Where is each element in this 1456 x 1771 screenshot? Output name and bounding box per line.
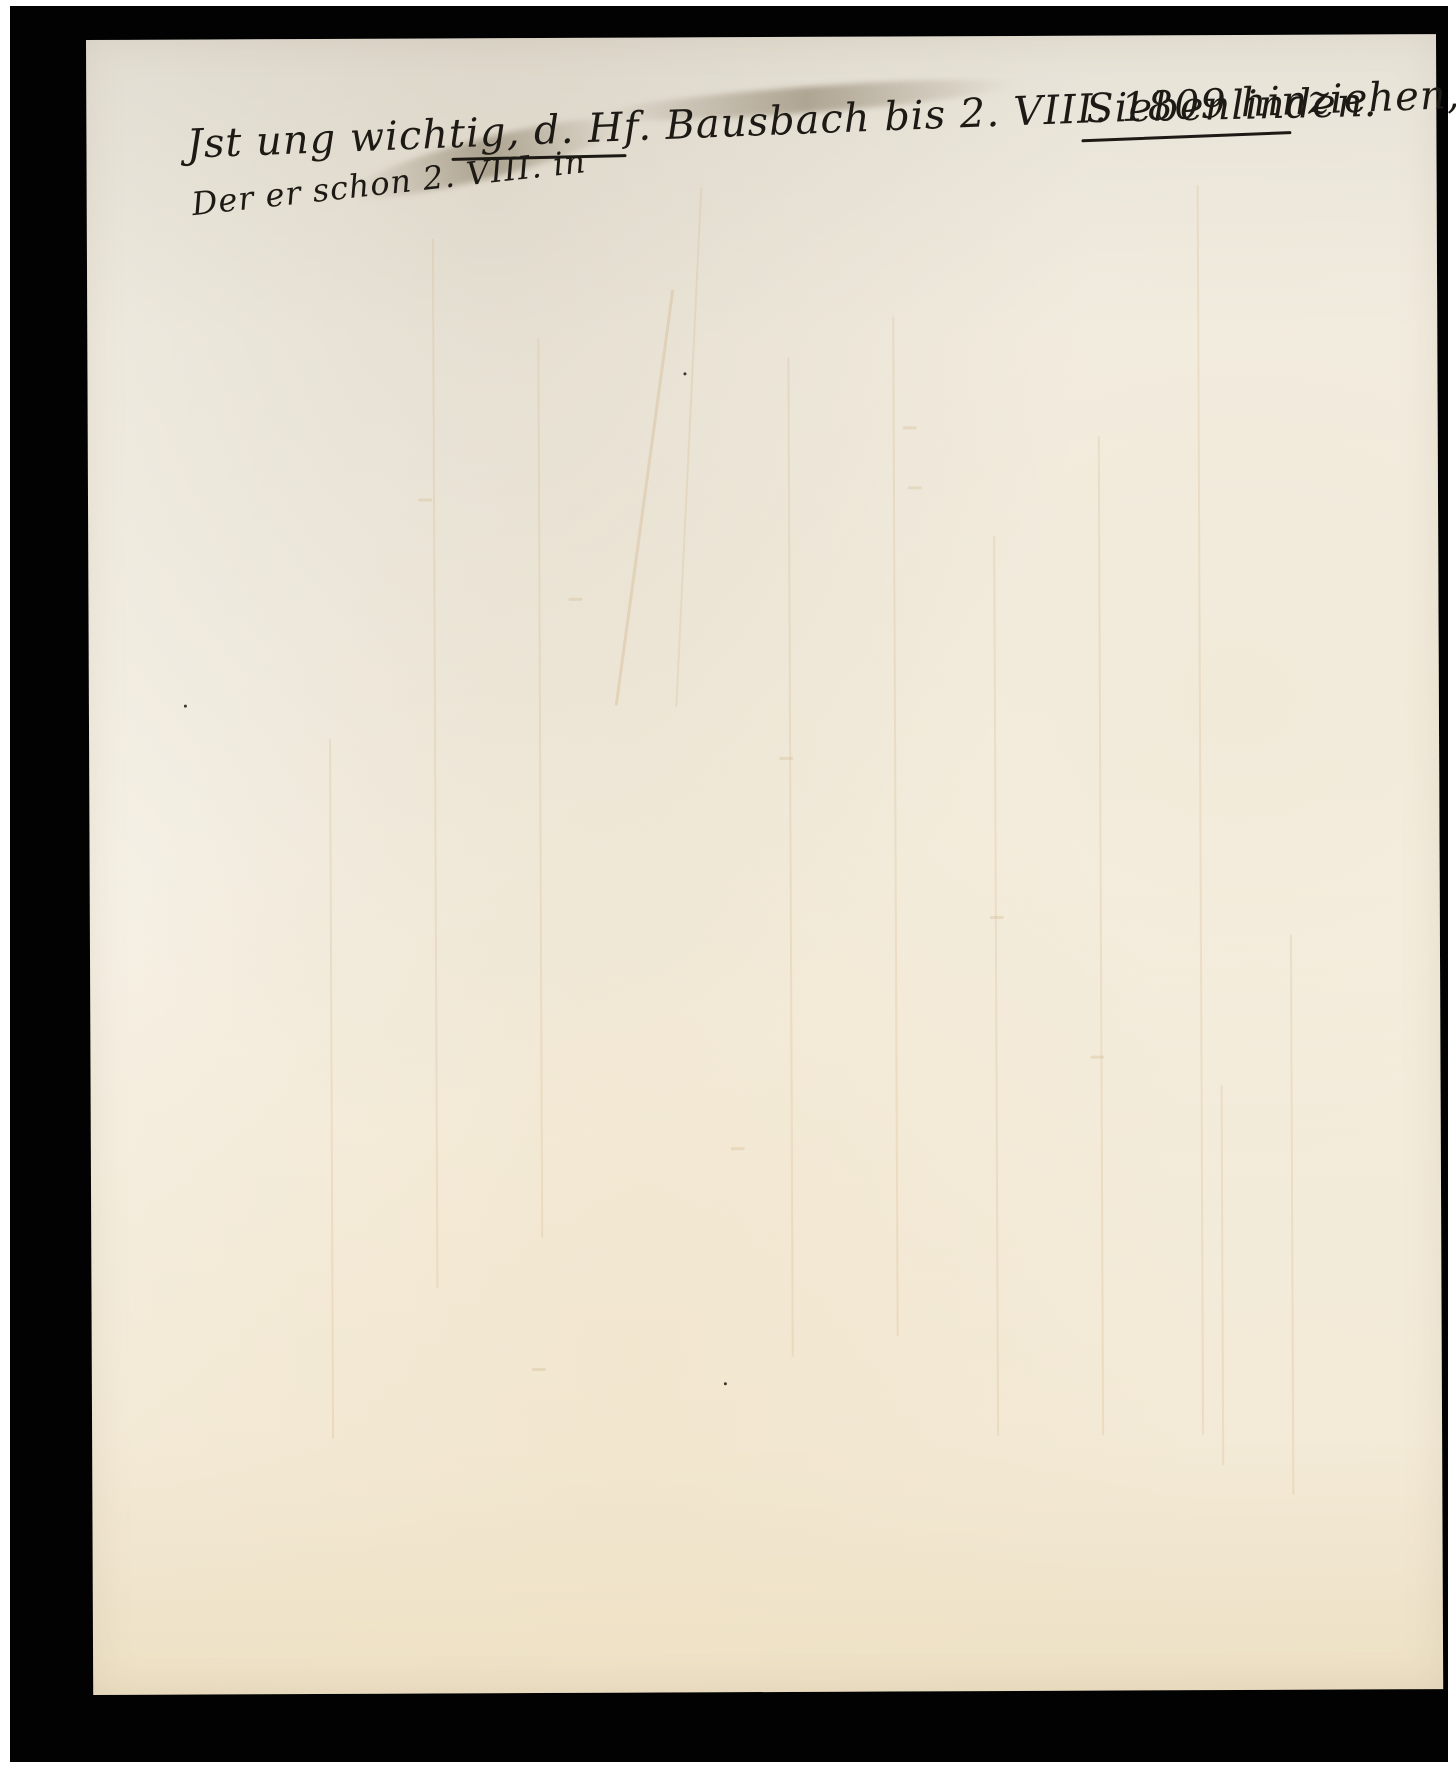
- bleedthrough-mark: [1090, 1056, 1104, 1059]
- bleedthrough-mark: [418, 498, 432, 501]
- bleedthrough-stroke: [1221, 1085, 1225, 1465]
- underline-place-name: [1081, 131, 1291, 142]
- paper-speck: [683, 372, 686, 375]
- bleedthrough-stroke: [892, 316, 898, 1336]
- bleedthrough-stroke: [537, 338, 543, 1238]
- bleedthrough-mark: [908, 486, 922, 489]
- bleedthrough-stroke: [787, 357, 793, 1357]
- bleedthrough-stroke: [993, 536, 999, 1436]
- paper-speck: [184, 705, 187, 708]
- bleedthrough-mark: [731, 1147, 745, 1150]
- bleedthrough-stroke: [432, 238, 439, 1288]
- bleedthrough-mark: [532, 1368, 546, 1371]
- place-name: Siebenlinden.: [1086, 80, 1378, 132]
- bleedthrough-stroke: [1197, 185, 1204, 1435]
- bleedthrough-mark: [568, 598, 582, 601]
- manuscript-page: Jst ung wichtig, d. Hf. Bausbach bis 2. …: [86, 34, 1443, 1695]
- bleedthrough-stroke: [675, 188, 702, 707]
- bleedthrough-mark: [990, 916, 1004, 919]
- paper-speck: [724, 1382, 727, 1385]
- bleedthrough-stroke: [615, 289, 675, 706]
- bleedthrough-mark: [779, 757, 793, 760]
- bleedthrough-mark: [903, 426, 917, 429]
- bleedthrough-stroke: [1290, 935, 1294, 1495]
- bleedthrough-stroke: [1098, 436, 1104, 1436]
- bleedthrough-stroke: [329, 739, 334, 1439]
